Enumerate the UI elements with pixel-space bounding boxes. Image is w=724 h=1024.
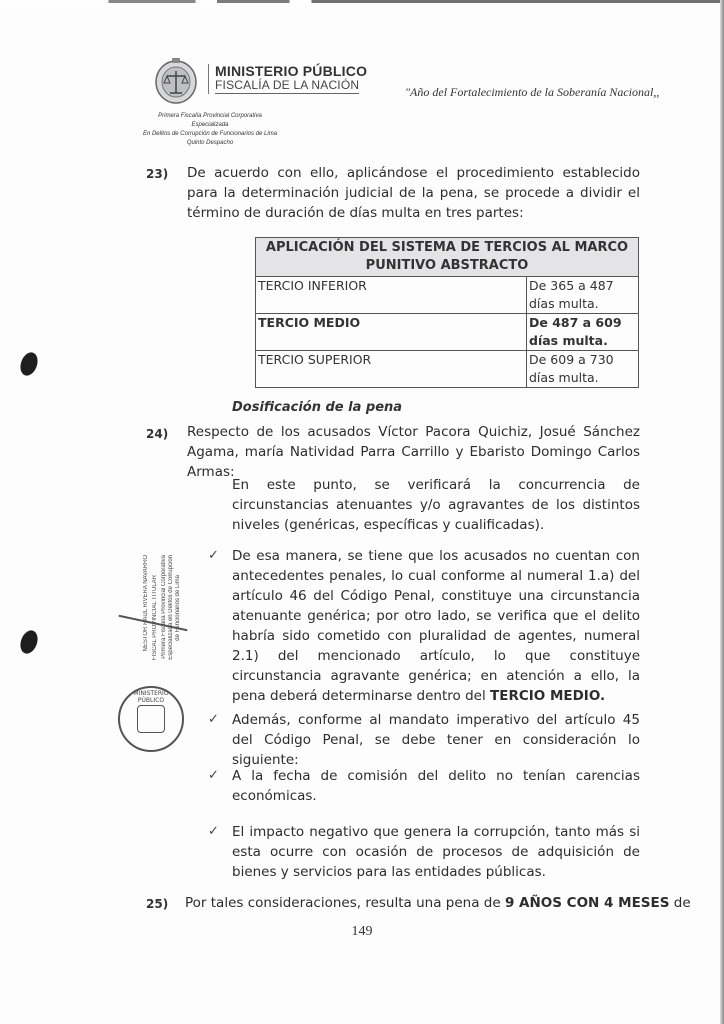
year-motto: "Año del Fortalecimiento de la Soberanía… xyxy=(405,85,659,100)
punch-hole xyxy=(17,350,40,378)
scan-right-edge xyxy=(720,0,724,1024)
table-row: TERCIO MEDIO De 487 a 609 días multa. xyxy=(256,314,639,351)
table-title: APLICACIÓN DEL SISTEMA DE TERCIOS AL MAR… xyxy=(256,238,639,277)
bullet-item: A la fecha de comisión del delito no ten… xyxy=(232,766,640,806)
paragraph-24: Respecto de los acusados Víctor Pacora Q… xyxy=(187,422,640,482)
tercio-label: TERCIO INFERIOR xyxy=(256,277,527,314)
checkmark-icon: ✓ xyxy=(208,768,219,783)
checkmark-icon: ✓ xyxy=(208,712,219,727)
logo-separator xyxy=(208,64,209,94)
paragraph-number: 25) xyxy=(146,897,168,911)
paragraph-number: 24) xyxy=(146,427,168,441)
bullet-item: El impacto negativo que genera la corrup… xyxy=(232,822,640,882)
tercio-range: De 487 a 609 días multa. xyxy=(527,314,639,351)
tercio-range: De 365 a 487 días multa. xyxy=(527,277,639,314)
bullet-item: De esa manera, se tiene que los acusados… xyxy=(232,546,640,706)
paragraph-24-intro: En este punto, se verificará la concurre… xyxy=(232,475,640,535)
seal-emblem-icon xyxy=(137,705,165,733)
tercio-range: De 609 a 730 días multa. xyxy=(527,351,639,388)
bullet-item: Además, conforme al mandato imperativo d… xyxy=(232,710,640,770)
page-number: 149 xyxy=(0,924,724,940)
tercio-label: TERCIO MEDIO xyxy=(256,314,527,351)
tercio-label: TERCIO SUPERIOR xyxy=(256,351,527,388)
org-subname: FISCALÍA DE LA NACIÓN xyxy=(215,78,359,94)
scan-top-edge xyxy=(0,0,724,3)
scales-of-justice-seal-icon xyxy=(153,55,199,105)
org-name: MINISTERIO PÚBLICO xyxy=(215,63,367,79)
tercios-table: APLICACIÓN DEL SISTEMA DE TERCIOS AL MAR… xyxy=(255,237,639,388)
table-row: TERCIO INFERIOR De 365 a 487 días multa. xyxy=(256,277,639,314)
paragraph-23: De acuerdo con ello, aplicándose el proc… xyxy=(187,163,640,223)
table-row: TERCIO SUPERIOR De 609 a 730 días multa. xyxy=(256,351,639,388)
document-page: MINISTERIO PÚBLICO FISCALÍA DE LA NACIÓN… xyxy=(0,0,724,1024)
checkmark-icon: ✓ xyxy=(208,824,219,839)
paragraph-25: Por tales consideraciones, resulta una p… xyxy=(185,893,645,913)
punch-hole xyxy=(17,628,40,656)
signer-stamp-text: NESTOR RAUL RIVERA NAVARRO FISCAL PROVIN… xyxy=(143,555,213,675)
section-subtitle: Dosificación de la pena xyxy=(232,400,402,415)
official-seal-stamp: MINISTERIO PÚBLICO xyxy=(118,686,184,752)
office-subheading: Primera Fiscalía Provincial Corporativa … xyxy=(140,112,280,148)
paragraph-number: 23) xyxy=(146,167,168,181)
